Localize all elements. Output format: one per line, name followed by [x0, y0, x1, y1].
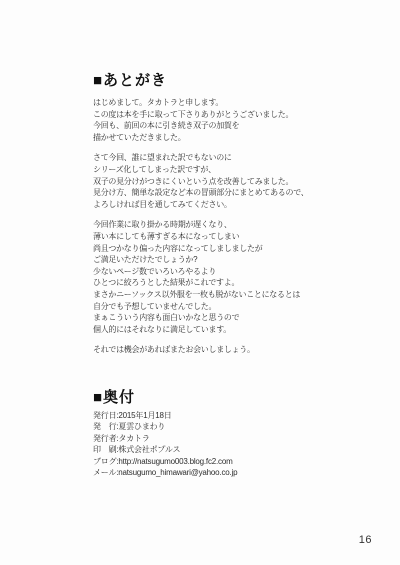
- afterword-paragraph: さて今回、誰に望まれた訳でもないのに シリーズ化してしまった訳ですが、 双子の見…: [93, 152, 343, 210]
- afterword-paragraph: 今回作業に取り掛かる時期が遅くなり、 薄い本にしても薄すぎる本になってしまい 尚…: [93, 219, 343, 335]
- text-line: 双子の見分けがつきにくいという点を改善してみました。: [93, 176, 343, 188]
- text-line: 描かせていただきました。: [93, 132, 343, 144]
- text-line: 個人的にはそれなりに満足しています。: [93, 324, 343, 336]
- afterword-paragraph: それでは機会があればまたお会いしましょう。: [93, 344, 343, 356]
- text-line: 薄い本にしても薄すぎる本になってしまい: [93, 231, 343, 243]
- text-line: 少ないページ数でいろいろやるより: [93, 266, 343, 278]
- colophon-email-line: メール:natsugumo_himawari@yahoo.co.jp: [93, 467, 343, 479]
- text-line: 今回も、前回の本に引き続き双子の加賀を: [93, 120, 343, 132]
- text-line: ひとつに絞ろうとした結果がこれですよ。: [93, 277, 343, 289]
- colophon-blog-line: ブログ:http://natsugumo003.blog.fc2.com: [93, 456, 343, 468]
- text-line: シリーズ化してしまった訳ですが、: [93, 164, 343, 176]
- colophon-printer-line: 印 刷:株式会社ポプルス: [93, 444, 343, 456]
- text-line: この度は本を手に取って下さりありがとうございました。: [93, 109, 343, 121]
- page-number: 16: [359, 534, 372, 546]
- colophon-date-line: 発行日:2015年1月18日: [93, 410, 343, 422]
- colophon-block: 発行日:2015年1月18日 発 行:夏雲ひまわり 発行者:タカトラ 印 刷:株…: [93, 410, 343, 479]
- text-line: はじめまして。タカトラと申します。: [93, 97, 343, 109]
- text-line: まさかニーソックス以外服を一枚も脱がないことになるとは: [93, 289, 343, 301]
- afterword-paragraph: はじめまして。タカトラと申します。 この度は本を手に取って下さりありがとうござい…: [93, 97, 343, 143]
- colophon-circle-line: 発 行:夏雲ひまわり: [93, 421, 343, 433]
- colophon-author-line: 発行者:タカトラ: [93, 433, 343, 445]
- text-line: それでは機会があればまたお会いしましょう。: [93, 344, 343, 356]
- text-line: 今回作業に取り掛かる時期が遅くなり、: [93, 219, 343, 231]
- afterword-heading: ■あとがき: [93, 72, 343, 90]
- document-page: ■あとがき はじめまして。タカトラと申します。 この度は本を手に取って下さりあり…: [0, 0, 400, 565]
- text-line: よろしければ目を通してみてください。: [93, 199, 343, 211]
- colophon-heading: ■奥付: [93, 389, 343, 407]
- text-line: 尚且つかなり偏った内容になってしましましたが: [93, 243, 343, 255]
- text-line: さて今回、誰に望まれた訳でもないのに: [93, 152, 343, 164]
- text-line: まぁこういう内容も面白いかなと思うので: [93, 312, 343, 324]
- text-line: 自分でも予想していませんでした。: [93, 301, 343, 313]
- text-line: ご満足いただけたでしょうか?: [93, 254, 343, 266]
- page-content: ■あとがき はじめまして。タカトラと申します。 この度は本を手に取って下さりあり…: [93, 72, 343, 479]
- text-line: 見分け方、簡単な設定など本の冒頭部分にまとめてあるので、: [93, 187, 343, 199]
